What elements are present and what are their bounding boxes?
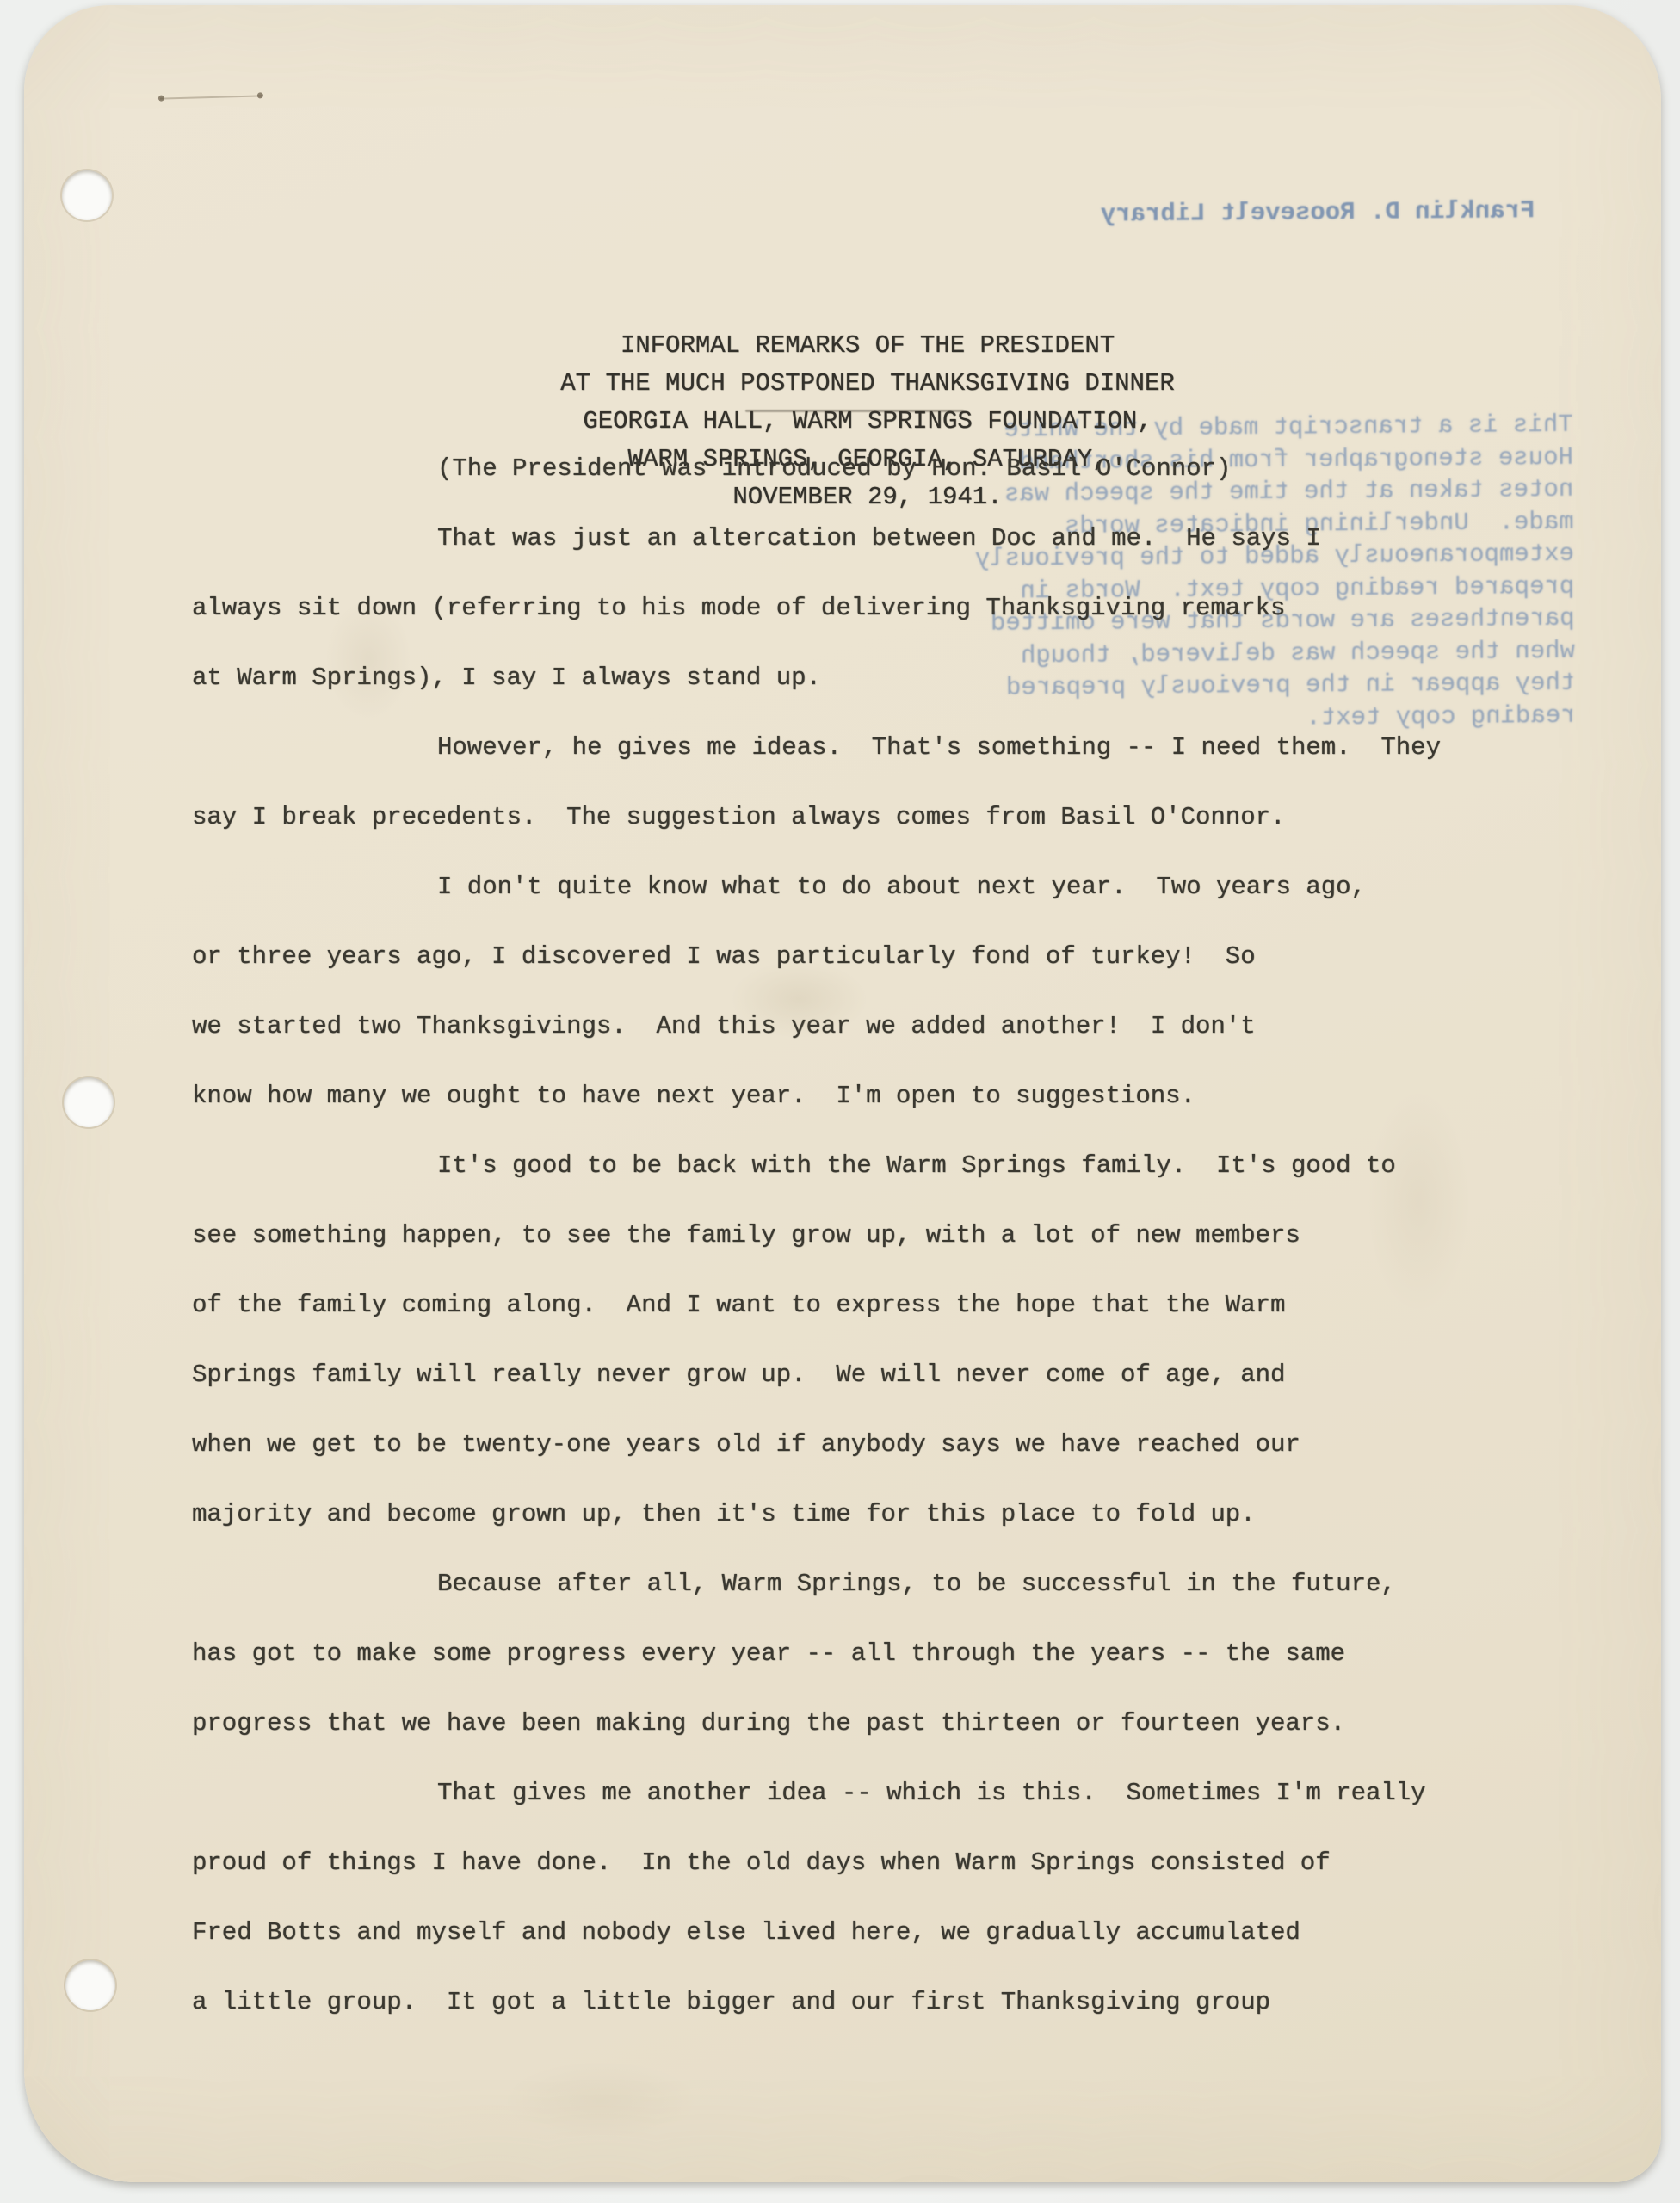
typed-line: progress that we have been making during… [192,1688,1466,1758]
paragraph: (The President was introduced by Hon. Ba… [192,434,1466,503]
title-line: AT THE MUCH POSTPONED THANKSGIVING DINNE… [394,365,1341,403]
paragraph: That was just an altercation between Doc… [192,503,1466,713]
typed-line: It's good to be back with the Warm Sprin… [192,1131,1466,1200]
typed-line: a little group. It got a little bigger a… [192,1967,1466,2037]
typed-line: I don't quite know what to do about next… [192,852,1466,922]
document-body: (The President was introduced by Hon. Ba… [192,434,1466,2037]
paragraph: I don't quite know what to do about next… [192,852,1466,1131]
underline-artifact [745,410,964,412]
punch-hole-middle [64,1077,114,1127]
typed-line: of the family coming along. And I want t… [192,1270,1466,1340]
punch-hole-top [62,170,112,220]
typed-line: always sit down (referring to his mode o… [192,573,1466,643]
typed-line: say I break precedents. The suggestion a… [192,782,1466,852]
typed-line: Because after all, Warm Springs, to be s… [192,1549,1466,1619]
typed-line: (The President was introduced by Hon. Ba… [192,434,1466,503]
paragraph: However, he gives me ideas. That's somet… [192,713,1466,852]
typed-line: know how many we ought to have next year… [192,1061,1466,1131]
typed-line: majority and become grown up, then it's … [192,1479,1466,1549]
typed-line: Springs family will really never grow up… [192,1340,1466,1410]
punch-hole-bottom [65,1960,115,2010]
staple-dot [158,96,164,102]
paper-stain [506,2062,695,2139]
document-page: Franklin D. Roosevelt Library This is a … [24,5,1661,2182]
staple-mark [160,95,262,104]
staple-dot [257,92,263,98]
typed-line: or three years ago, I discovered I was p… [192,922,1466,991]
typed-line: when we get to be twenty-one years old i… [192,1410,1466,1479]
typed-line: However, he gives me ideas. That's somet… [192,713,1466,782]
typed-line: That was just an altercation between Doc… [192,503,1466,573]
typed-line: proud of things I have done. In the old … [192,1828,1466,1898]
typed-line: see something happen, to see the family … [192,1200,1466,1270]
typed-line: Fred Botts and myself and nobody else li… [192,1898,1466,1967]
title-line: INFORMAL REMARKS OF THE PRESIDENT [394,327,1341,365]
typed-line: we started two Thanksgivings. And this y… [192,991,1466,1061]
paragraph: It's good to be back with the Warm Sprin… [192,1131,1466,1549]
typed-line: has got to make some progress every year… [192,1619,1466,1688]
paragraph: Because after all, Warm Springs, to be s… [192,1549,1466,1758]
paragraph: That gives me another idea -- which is t… [192,1758,1466,2037]
typed-line: That gives me another idea -- which is t… [192,1758,1466,1828]
scan-background: { "document": { "title_lines": [ "INFORM… [0,0,1680,2203]
typed-line: at Warm Springs), I say I always stand u… [192,643,1466,713]
